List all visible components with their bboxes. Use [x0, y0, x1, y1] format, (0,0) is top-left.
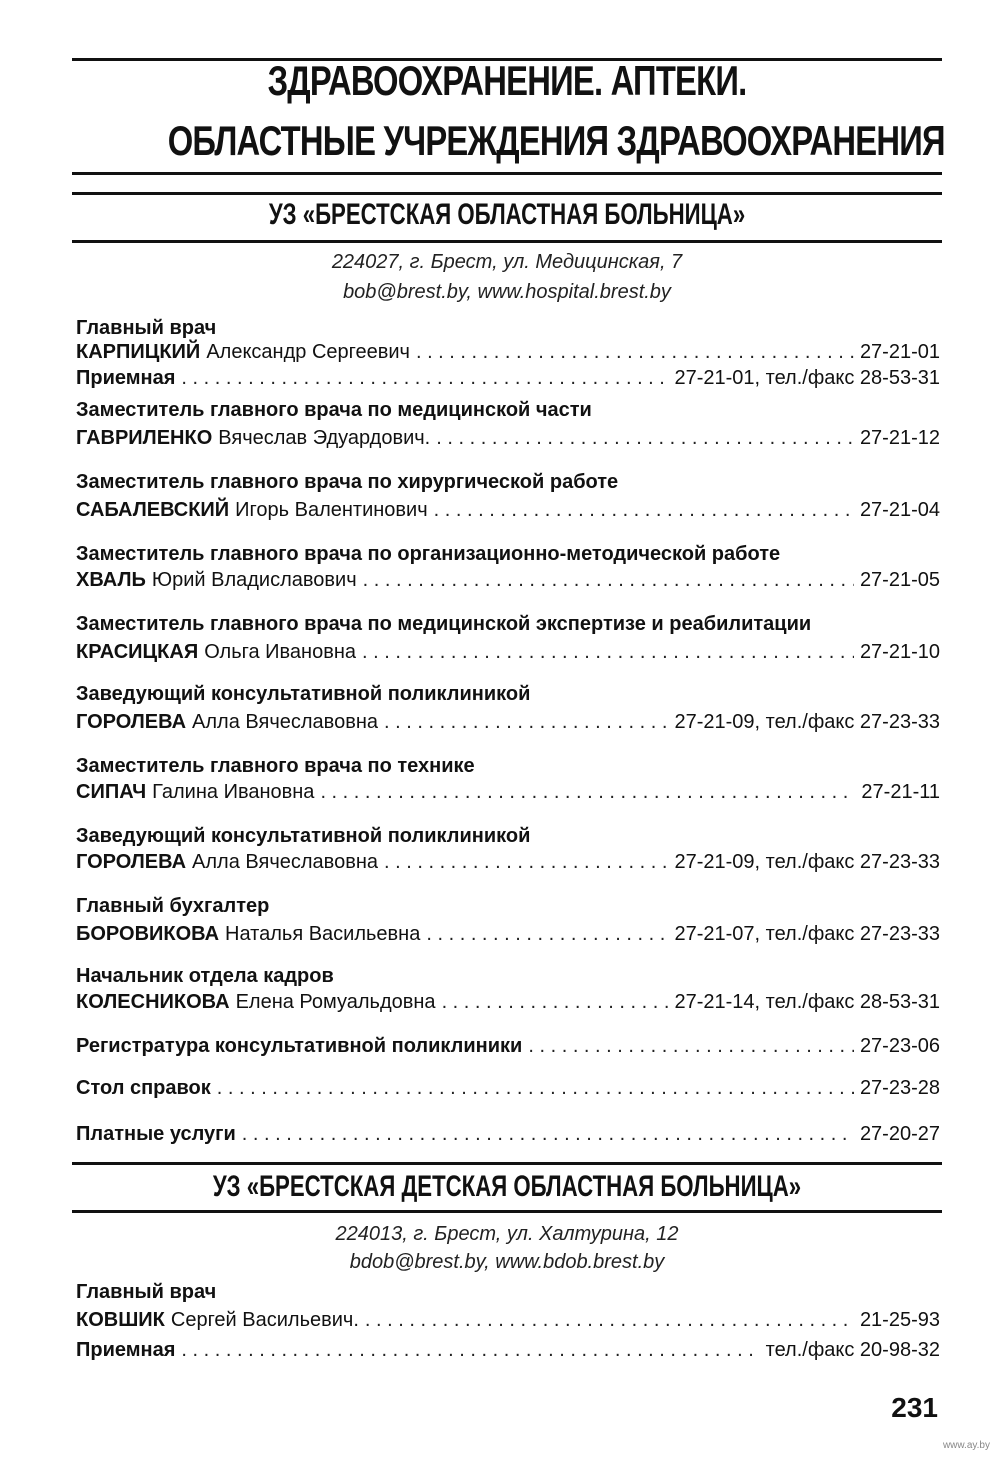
entry-name: Александр Сергеевич	[206, 342, 410, 362]
dot-leader	[434, 500, 854, 520]
section1-contacts: bob@brest.by, www.hospital.brest.by	[72, 282, 942, 302]
entry-phone: 27-21-09, тел./факс 27-23-33	[674, 712, 940, 732]
dot-leader	[442, 992, 669, 1012]
entry-phone: 27-21-10	[860, 642, 940, 662]
dot-leader	[384, 712, 668, 732]
entry-role: Заведующий консультативной поликлиникой	[76, 826, 530, 846]
title-bottom-rule	[72, 172, 942, 175]
entry-name: Юрий Владиславович	[152, 570, 357, 590]
entry-name: Елена Ромуальдовна	[236, 992, 436, 1012]
entry-name: Вячеслав Эдуардович.	[218, 428, 430, 448]
directory-entry: СИПАЧГалина Ивановна27-21-11	[76, 782, 940, 802]
section2-org-name: УЗ «БРЕСТСКАЯ ДЕТСКАЯ ОБЛАСТНАЯ БОЛЬНИЦА…	[185, 1172, 829, 1202]
entry-surname: КОЛЕСНИКОВА	[76, 992, 230, 1012]
dot-leader	[181, 1340, 759, 1360]
entry-role: Главный врач	[76, 318, 216, 338]
entry-role: Заместитель главного врача по медицинско…	[76, 614, 811, 634]
directory-entry: Регистратура консультативной поликлиники…	[76, 1036, 940, 1056]
entry-label: Приемная	[76, 368, 175, 388]
entry-name: Алла Вячеславовна	[192, 712, 378, 732]
section1-bottom-rule	[72, 240, 942, 243]
page-title-line2: ОБЛАСТНЫЕ УЧРЕЖДЕНИЯ ЗДРАВООХРАНЕНИЯ	[168, 120, 847, 162]
entry-role: Главный врач	[76, 1282, 216, 1302]
directory-entry: ХВАЛЬЮрий Владиславович27-21-05	[76, 570, 940, 590]
section2-bottom-rule	[72, 1210, 942, 1213]
directory-entry: ГОРОЛЕВААлла Вячеславовна27-21-09, тел./…	[76, 852, 940, 872]
entry-surname: КРАСИЦКАЯ	[76, 642, 198, 662]
entry-surname: ГОРОЛЕВА	[76, 712, 186, 732]
section2-contacts: bdob@brest.by, www.bdob.brest.by	[72, 1252, 942, 1272]
entry-label: Стол справок	[76, 1078, 211, 1098]
dot-leader	[426, 924, 668, 944]
entry-phone: 27-21-14, тел./факс 28-53-31	[674, 992, 940, 1012]
entry-surname: КОВШИК	[76, 1310, 165, 1330]
dot-leader	[363, 570, 854, 590]
dot-leader	[384, 852, 668, 872]
watermark: www.ay.by	[943, 1440, 990, 1451]
dot-leader	[365, 1310, 854, 1330]
directory-entry: Приемнаятел./факс 20-98-32	[76, 1340, 940, 1360]
entry-phone: 27-20-27	[860, 1124, 940, 1144]
directory-entry: КОЛЕСНИКОВАЕлена Ромуальдовна27-21-14, т…	[76, 992, 940, 1012]
entry-phone: 27-21-01	[860, 342, 940, 362]
section1-org-name: УЗ «БРЕСТСКАЯ ОБЛАСТНАЯ БОЛЬНИЦА»	[185, 200, 829, 230]
entry-phone: 21-25-93	[860, 1310, 940, 1330]
entry-name: Ольга Ивановна	[204, 642, 356, 662]
entry-name: Игорь Валентинович	[235, 500, 427, 520]
entry-role: Заведующий консультативной поликлиникой	[76, 684, 530, 704]
dot-leader	[528, 1036, 854, 1056]
entry-surname: КАРПИЦКИЙ	[76, 342, 200, 362]
directory-entry: Приемная27-21-01, тел./факс 28-53-31	[76, 368, 940, 388]
section1-address: 224027, г. Брест, ул. Медицинская, 7	[72, 252, 942, 272]
entry-phone: 27-21-05	[860, 570, 940, 590]
entry-phone: тел./факс 20-98-32	[766, 1340, 940, 1360]
directory-entry: ГОРОЛЕВААлла Вячеславовна27-21-09, тел./…	[76, 712, 940, 732]
entry-phone: 27-21-01, тел./факс 28-53-31	[674, 368, 940, 388]
dot-leader	[181, 368, 668, 388]
directory-entry: КАРПИЦКИЙАлександр Сергеевич27-21-01	[76, 342, 940, 362]
entry-surname: ГОРОЛЕВА	[76, 852, 186, 872]
entry-phone: 27-23-06	[860, 1036, 940, 1056]
dot-leader	[362, 642, 854, 662]
entry-role: Заместитель главного врача по организаци…	[76, 544, 780, 564]
dot-leader	[320, 782, 855, 802]
dot-leader	[436, 428, 854, 448]
entry-surname: ГАВРИЛЕНКО	[76, 428, 212, 448]
entry-name: Наталья Васильевна	[225, 924, 420, 944]
dot-leader	[416, 342, 854, 362]
entry-surname: СИПАЧ	[76, 782, 146, 802]
entry-label: Регистратура консультативной поликлиники	[76, 1036, 522, 1056]
directory-entry: КРАСИЦКАЯОльга Ивановна27-21-10	[76, 642, 940, 662]
entry-phone: 27-21-07, тел./факс 27-23-33	[674, 924, 940, 944]
entry-phone: 27-21-12	[860, 428, 940, 448]
directory-entry: БОРОВИКОВАНаталья Васильевна27-21-07, те…	[76, 924, 940, 944]
entry-phone: 27-21-09, тел./факс 27-23-33	[674, 852, 940, 872]
entry-role: Заместитель главного врача по хирургичес…	[76, 472, 618, 492]
entry-role: Заместитель главного врача по технике	[76, 756, 475, 776]
page-title-line1: ЗДРАВООХРАНЕНИЕ. АПТЕКИ.	[168, 60, 847, 102]
entry-role: Заместитель главного врача по медицинско…	[76, 400, 592, 420]
dot-leader	[242, 1124, 854, 1144]
directory-entry: Стол справок27-23-28	[76, 1078, 940, 1098]
section2-top-rule	[72, 1162, 942, 1165]
entry-name: Галина Ивановна	[152, 782, 314, 802]
entry-phone: 27-21-04	[860, 500, 940, 520]
entry-surname: БОРОВИКОВА	[76, 924, 219, 944]
section2-address: 224013, г. Брест, ул. Халтурина, 12	[72, 1224, 942, 1244]
entry-surname: ХВАЛЬ	[76, 570, 146, 590]
entry-surname: САБАЛЕВСКИЙ	[76, 500, 229, 520]
directory-entry: КОВШИКСергей Васильевич.21-25-93	[76, 1310, 940, 1330]
entry-role: Начальник отдела кадров	[76, 966, 334, 986]
entry-phone: 27-23-28	[860, 1078, 940, 1098]
entry-label: Приемная	[76, 1340, 175, 1360]
entry-label: Платные услуги	[76, 1124, 236, 1144]
entry-name: Сергей Васильевич.	[171, 1310, 359, 1330]
directory-entry: ГАВРИЛЕНКОВячеслав Эдуардович.27-21-12	[76, 428, 940, 448]
directory-entry: Платные услуги27-20-27	[76, 1124, 940, 1144]
entry-name: Алла Вячеславовна	[192, 852, 378, 872]
directory-entry: САБАЛЕВСКИЙИгорь Валентинович27-21-04	[76, 500, 940, 520]
entry-phone: 27-21-11	[861, 782, 940, 802]
dot-leader	[217, 1078, 854, 1098]
section1-top-rule	[72, 192, 942, 195]
page-number: 231	[891, 1392, 938, 1424]
entry-role: Главный бухгалтер	[76, 896, 269, 916]
